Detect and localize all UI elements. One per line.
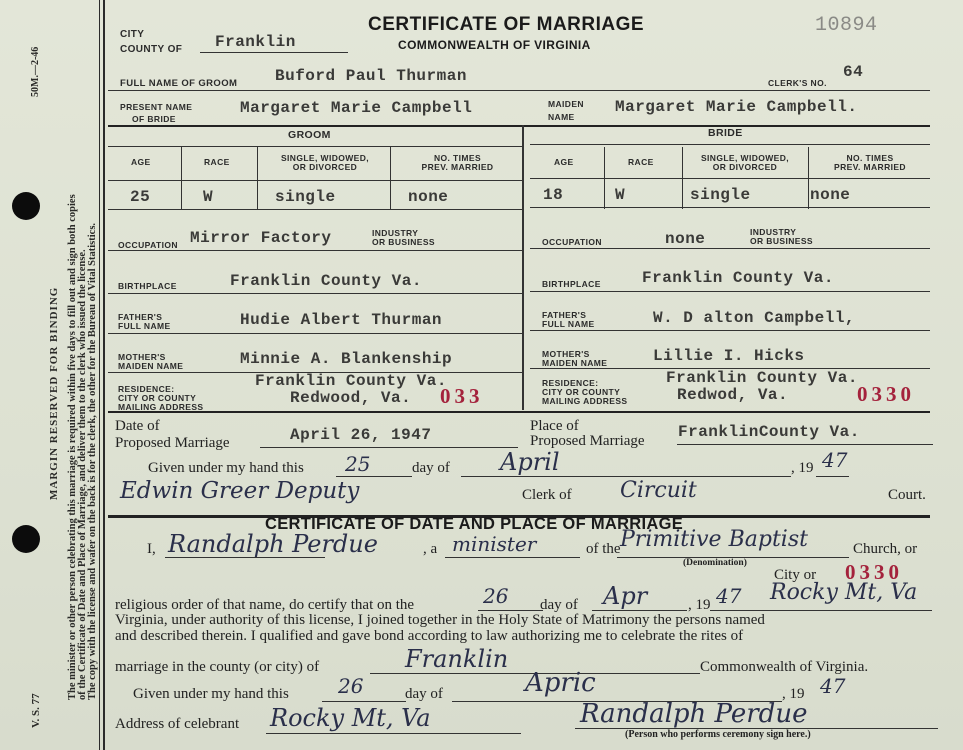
groom-red-stamp: 033: [440, 384, 484, 409]
officiant-underline: [165, 557, 325, 558]
bride-residence-county: Franklin County Va.: [666, 369, 858, 387]
date-label-2: Proposed Marriage: [115, 435, 230, 452]
maiden-label: MAIDEN: [548, 100, 584, 109]
groom-heading: GROOM: [288, 131, 331, 140]
groom-residence-label: RESIDENCE:CITY OR COUNTYMAILING ADDRESS: [118, 385, 204, 412]
groom-occupation-label: OCCUPATION: [118, 241, 178, 250]
binding-note: MARGIN RESERVED FOR BINDING: [48, 287, 60, 500]
row-divider: [530, 178, 930, 179]
maiden-label-2: NAME: [548, 113, 575, 122]
county-label: COUNTY OF: [120, 45, 182, 54]
row-divider: [108, 146, 522, 147]
bride-mother-name: Lillie I. Hicks: [653, 347, 805, 365]
denomination-caption: (Denomination): [683, 558, 747, 568]
groom-status-label: SINGLE, WIDOWED,OR DIVORCED: [265, 154, 385, 172]
cell-divider: [390, 147, 391, 209]
row-divider: [108, 333, 522, 334]
bride-occupation-label: OCCUPATION: [542, 238, 602, 247]
of-the-label: of the: [586, 541, 621, 558]
punch-hole-icon: [12, 525, 40, 553]
groom-birthplace-label: BIRTHPLACE: [118, 282, 177, 291]
bride-mother-label: MOTHER'SMAIDEN NAME: [542, 350, 607, 368]
row-divider: [108, 180, 522, 181]
bride-times-label: NO. TIMESPREV. MARRIED: [810, 154, 930, 172]
groom-mother-label: MOTHER'SMAIDEN NAME: [118, 353, 183, 371]
row-divider: [108, 411, 930, 413]
date-underline: [260, 447, 518, 448]
row-divider: [108, 250, 522, 251]
cert-given-year: 47: [820, 674, 845, 698]
groom-age: 25: [130, 188, 150, 206]
row-divider: [108, 125, 930, 127]
row-divider: [108, 209, 522, 210]
punch-hole-icon: [12, 192, 40, 220]
row-divider: [530, 144, 930, 145]
cert-given-day: 26: [338, 674, 363, 698]
groom-race: W: [203, 188, 213, 206]
groom-father-label: FATHER'SFULL NAME: [118, 313, 171, 331]
bride-age-label: AGE: [554, 158, 574, 167]
married-month: Apr: [603, 582, 647, 610]
binding-margin: 50M.—2-46 V. S. 77 MARGIN RESERVED FOR B…: [0, 0, 100, 750]
groom-mailing-address: Redwood, Va.: [290, 389, 411, 407]
margin-rule: [99, 0, 100, 750]
bride-mailing-address: Redwod, Va.: [677, 386, 788, 404]
groom-race-label: RACE: [204, 158, 230, 167]
certificate-title: CERTIFICATE OF MARRIAGE: [368, 14, 644, 36]
bride-birthplace-label: BIRTHPLACE: [542, 280, 601, 289]
bride-status: single: [690, 186, 751, 204]
bride-residence-label: RESIDENCE:CITY OR COUNTYMAILING ADDRESS: [542, 379, 628, 406]
role-underline: [445, 557, 580, 558]
month-underline: [461, 476, 791, 477]
bride-red-stamp: 0330: [857, 382, 915, 407]
year-prefix: , 19: [791, 460, 814, 477]
groom-father-name: Hudie Albert Thurman: [240, 311, 442, 329]
license-given-day: 25: [345, 452, 370, 476]
day-underline: [336, 476, 412, 477]
bride-age: 18: [543, 186, 563, 204]
groom-residence-county: Franklin County Va.: [255, 372, 447, 390]
bride-maiden-name: Margaret Marie Campbell.: [615, 98, 857, 116]
place-underline: [677, 444, 933, 445]
serial-stamp: 10894: [815, 14, 878, 37]
given-label: Given under my hand this: [148, 460, 304, 477]
cert-given-month: Apric: [525, 668, 596, 698]
row-divider: [108, 90, 930, 91]
married-day-underline: [478, 610, 543, 611]
married-month-underline: [592, 610, 687, 611]
groom-occupation: Mirror Factory: [190, 229, 331, 247]
day-of-label: day of: [412, 460, 450, 477]
groom-status: single: [275, 188, 336, 206]
bride-father-label: FATHER'SFULL NAME: [542, 311, 595, 329]
cell-divider: [181, 147, 182, 209]
clerk-no-label: CLERK'S NO.: [768, 79, 827, 88]
form-code: 50M.—2-46: [30, 47, 41, 97]
row-divider: [530, 330, 930, 331]
address-label: Address of celebrant: [115, 716, 239, 733]
county-value: Franklin: [215, 33, 296, 51]
address-underline: [266, 733, 521, 734]
groom-age-label: AGE: [131, 158, 151, 167]
county-prefix: marriage in the county (or city) of: [115, 659, 319, 676]
groom-times-label: NO. TIMESPREV. MARRIED: [395, 154, 520, 172]
bride-times-married: none: [810, 186, 850, 204]
cert-day-of-label: day of: [405, 686, 443, 703]
bride-present-label: PRESENT NAME: [120, 103, 192, 112]
row-divider: [530, 248, 930, 249]
bride-status-label: SINGLE, WIDOWED,OR DIVORCED: [684, 154, 806, 172]
bride-present-name: Margaret Marie Campbell: [240, 99, 472, 117]
bride-birthplace: Franklin County Va.: [642, 269, 834, 287]
row-divider: [108, 293, 522, 294]
celebrant-address: Rocky Mt, Va: [270, 704, 431, 732]
certify-line-2: Virginia, under authority of this licens…: [115, 612, 765, 629]
signature-caption: (Person who performs ceremony sign here.…: [625, 729, 811, 740]
groom-mother-name: Minnie A. Blankenship: [240, 350, 452, 368]
license-given-year: 47: [822, 448, 847, 472]
certify-line-3: and described therein. I qualified and g…: [115, 628, 743, 645]
clerk-of-label: Clerk of: [522, 487, 572, 504]
instruction-line-3: The copy with the license and wafer on t…: [87, 223, 98, 700]
proposed-place: FranklinCounty Va.: [678, 423, 860, 441]
city-label: CITY: [120, 30, 144, 39]
denomination-value: Primitive Baptist: [620, 527, 808, 552]
groom-times-married: none: [408, 188, 448, 206]
marriage-county: Franklin: [405, 645, 508, 673]
groom-full-name: Buford Paul Thurman: [275, 67, 467, 85]
form-number: V. S. 77: [30, 693, 42, 728]
row-divider: [530, 207, 930, 208]
cert-given-label: Given under my hand this: [133, 686, 289, 703]
bride-occupation: none: [665, 230, 705, 248]
married-place-underline: [710, 610, 932, 611]
bride-industry-label: INDUSTRYOR BUSINESS: [750, 228, 813, 246]
date-label: Date of: [115, 418, 160, 435]
married-year: 47: [716, 584, 741, 608]
groom-name-label: FULL NAME OF GROOM: [120, 79, 237, 88]
county-underline: [200, 52, 348, 53]
bride-present-label-2: OF BRIDE: [132, 115, 176, 124]
cert-day-underline: [322, 701, 406, 702]
officiant-role: minister: [452, 532, 536, 556]
margin-rule: [103, 0, 105, 750]
clerk-no-value: 64: [843, 63, 863, 81]
church-label: Church, or: [853, 541, 917, 558]
groom-birthplace: Franklin County Va.: [230, 272, 422, 290]
bride-race: W: [615, 186, 625, 204]
married-day: 26: [483, 584, 508, 608]
license-given-month: April: [500, 448, 560, 476]
year-underline: [816, 476, 849, 477]
court-name: Circuit: [620, 478, 697, 503]
a-label: , a: [423, 541, 437, 558]
officiant-name: Randalph Perdue: [168, 530, 378, 558]
proposed-date: April 26, 1947: [290, 426, 431, 444]
court-label: Court.: [888, 487, 926, 504]
column-divider: [522, 125, 524, 410]
bride-race-label: RACE: [628, 158, 654, 167]
celebrant-signature: Randalph Perdue: [580, 699, 807, 729]
groom-industry-label: INDUSTRYOR BUSINESS: [372, 229, 435, 247]
married-place: Rocky Mt, Va: [770, 580, 917, 605]
certificate-subtitle: COMMONWEALTH OF VIRGINIA: [398, 38, 591, 52]
clerk-signature: Edwin Greer Deputy: [120, 478, 359, 504]
bride-father-name: W. D alton Campbell,: [653, 309, 855, 327]
marriage-certificate: 50M.—2-46 V. S. 77 MARGIN RESERVED FOR B…: [0, 0, 963, 750]
bride-heading: BRIDE: [708, 129, 743, 138]
row-divider: [530, 291, 930, 292]
i-label: I,: [147, 541, 156, 558]
cell-divider: [257, 147, 258, 209]
